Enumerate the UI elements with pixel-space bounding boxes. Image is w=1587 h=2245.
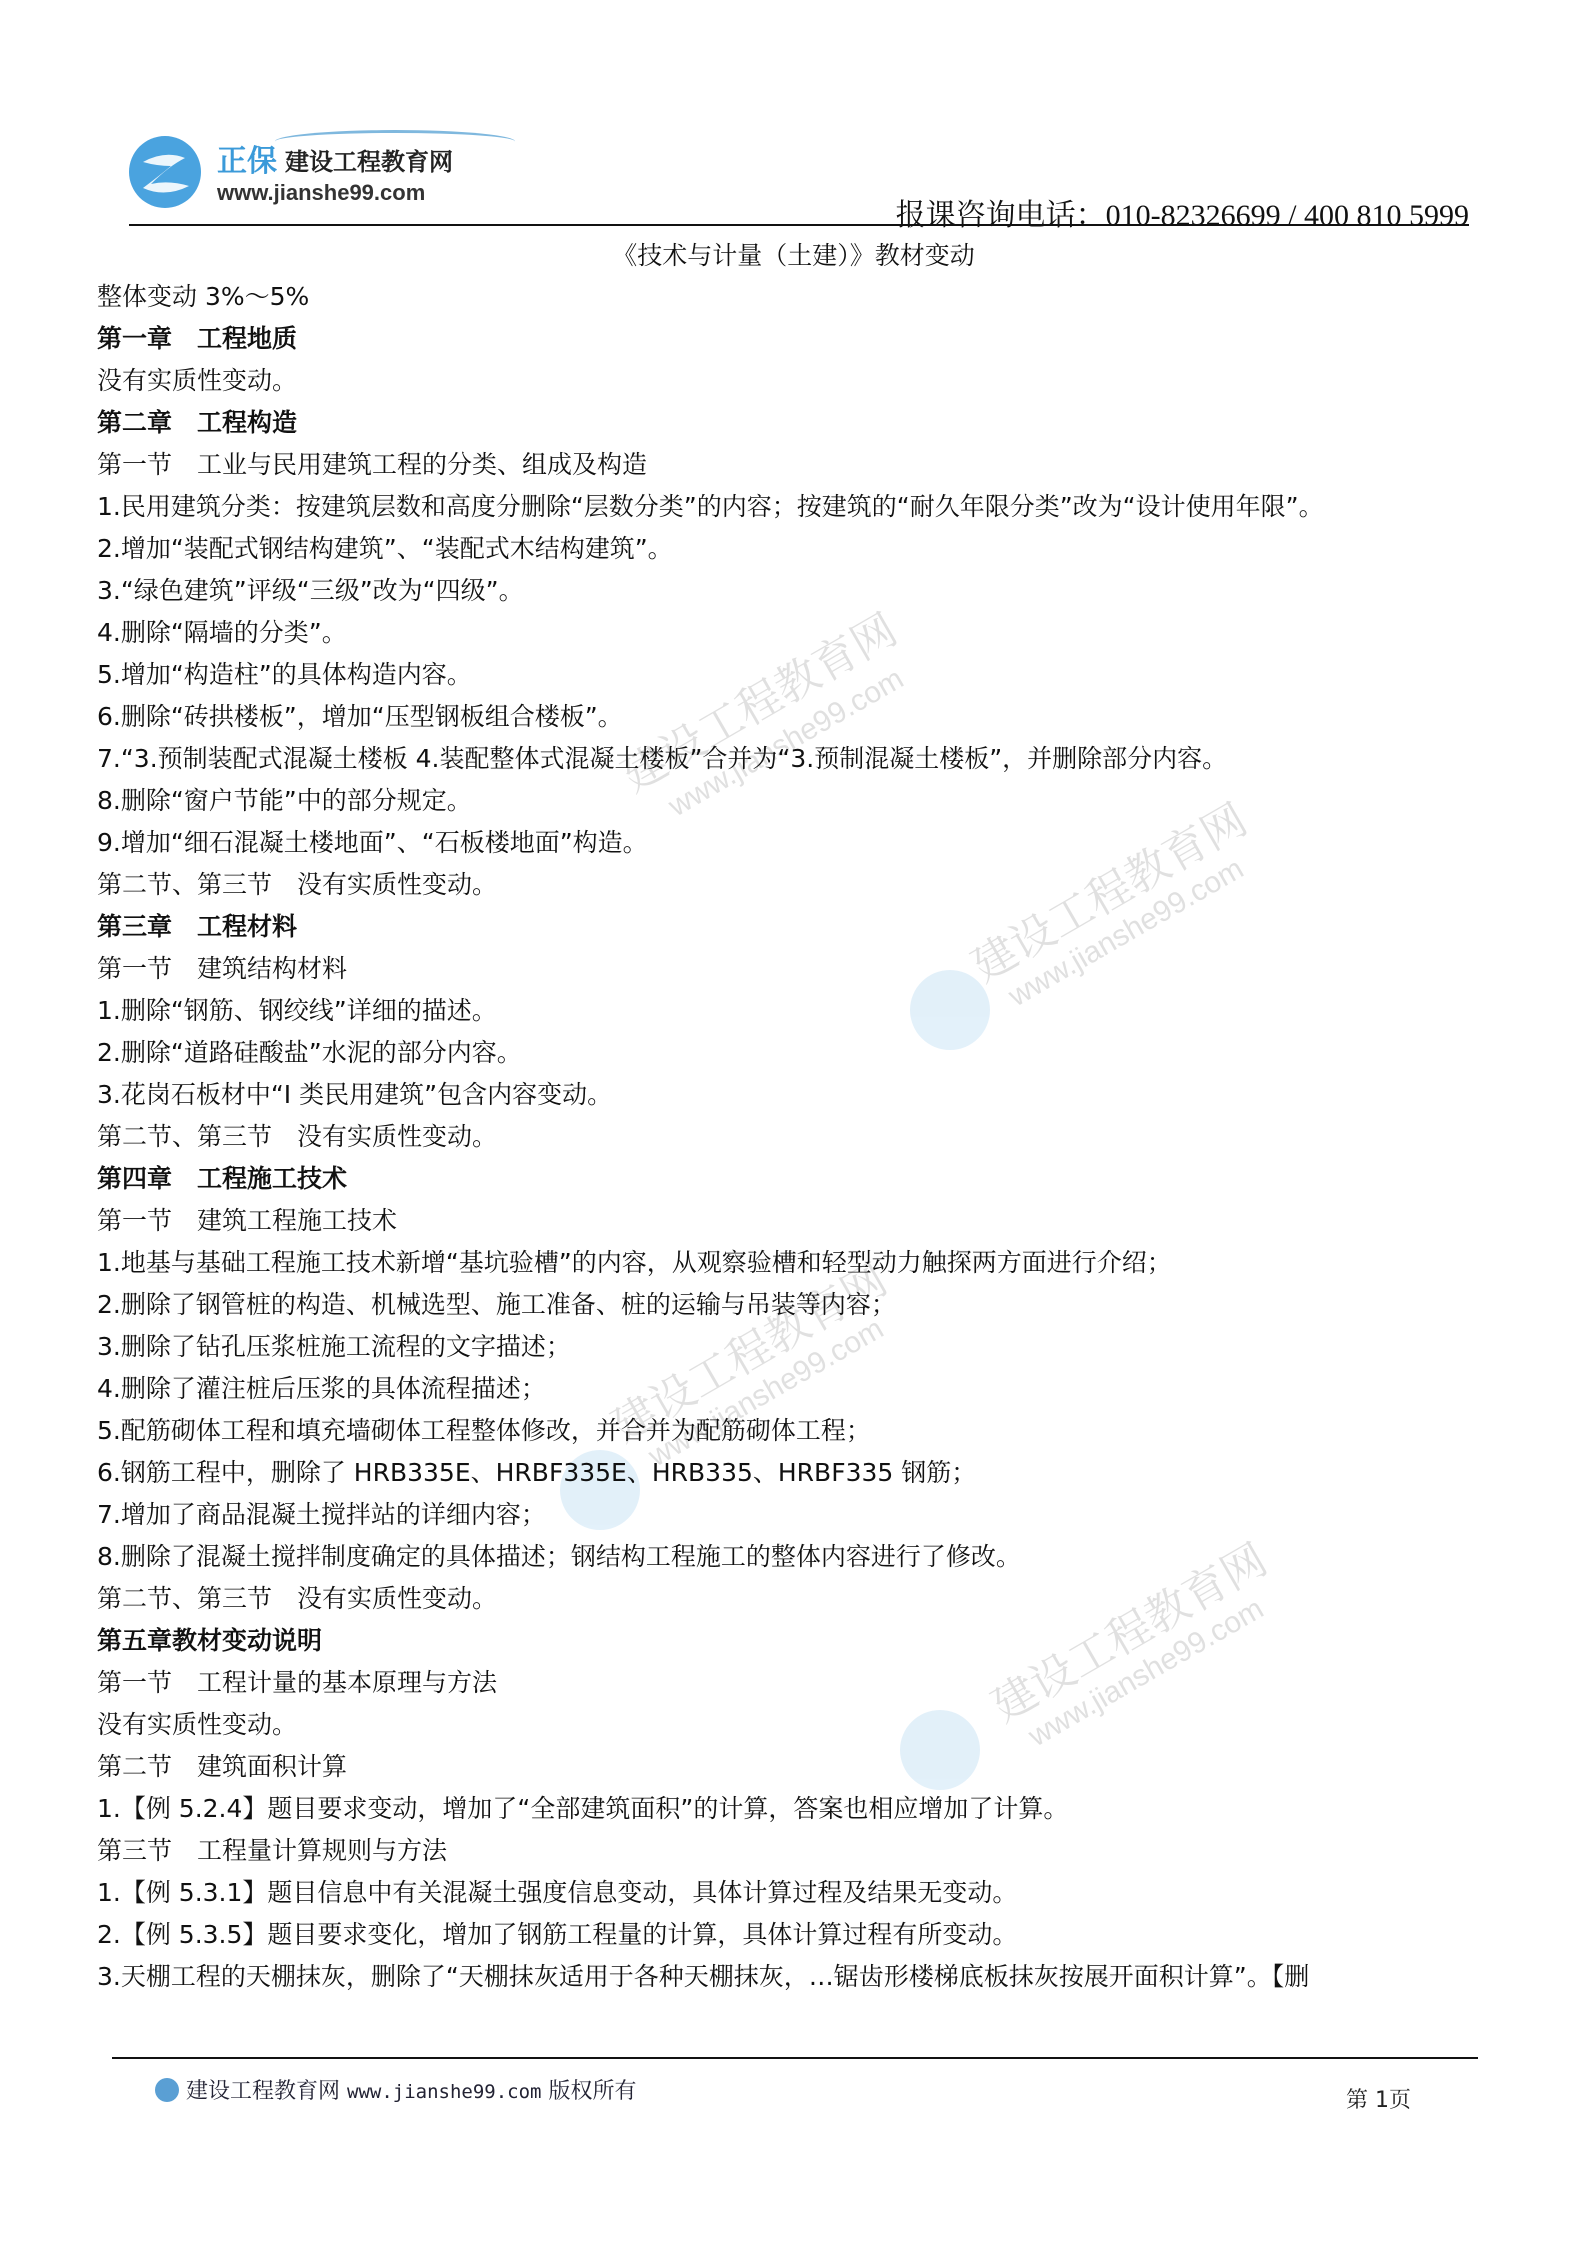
chapter-heading: 第四章 工程施工技术 — [97, 1158, 1517, 1200]
section-heading: 第一节 工程计量的基本原理与方法 — [97, 1662, 1517, 1704]
list-item: 4.删除“隔墙的分类”。 — [97, 612, 1517, 654]
list-item: 1.【例 5.3.1】题目信息中有关混凝土强度信息变动，具体计算过程及结果无变动… — [97, 1872, 1517, 1914]
list-item: 7.“3.预制装配式混凝土楼板 4.装配整体式混凝土楼板”合并为“3.预制混凝土… — [97, 738, 1517, 780]
footer-copyright: 建设工程教育网 www.jianshe99.com 版权所有 — [186, 2074, 637, 2105]
text-line: 没有实质性变动。 — [97, 360, 1517, 402]
list-item: 2.删除“道路硅酸盐”水泥的部分内容。 — [97, 1032, 1517, 1074]
list-item: 1.【例 5.2.4】题目要求变动，增加了“全部建筑面积”的计算，答案也相应增加… — [97, 1788, 1517, 1830]
list-item: 2.【例 5.3.5】题目要求变化，增加了钢筋工程量的计算，具体计算过程有所变动… — [97, 1914, 1517, 1956]
footer-url: www.jianshe99.com — [347, 2081, 541, 2103]
logo-z-glyph-icon — [129, 136, 201, 208]
logo-name: 建设工程教育网 — [285, 142, 453, 177]
list-item: 3.花岗石板材中“I 类民用建筑”包含内容变动。 — [97, 1074, 1517, 1116]
logo-brand: 正保 — [217, 136, 277, 180]
summary-line: 整体变动 3%～5% — [97, 276, 1517, 318]
list-item: 6.钢筋工程中，删除了 HRB335E、HRBF335E、HRB335、HRBF… — [97, 1452, 1517, 1494]
list-item: 3.“绿色建筑”评级“三级”改为“四级”。 — [97, 570, 1517, 612]
list-item: 3.天棚工程的天棚抹灰，删除了“天棚抹灰适用于各种天棚抹灰，…锯齿形楼梯底板抹灰… — [97, 1956, 1517, 1998]
consult-phone: 报课咨询电话：010-82326699 / 400 810 5999 — [896, 190, 1469, 234]
section-heading: 第一节 工业与民用建筑工程的分类、组成及构造 — [97, 444, 1517, 486]
chapter-heading: 第二章 工程构造 — [97, 402, 1517, 444]
document-body: 整体变动 3%～5% 第一章 工程地质 没有实质性变动。 第二章 工程构造 第一… — [97, 276, 1517, 1998]
footer-rights: 版权所有 — [548, 2079, 636, 2104]
chapter-heading: 第三章 工程材料 — [97, 906, 1517, 948]
list-item: 9.增加“细石混凝土楼地面”、“石板楼地面”构造。 — [97, 822, 1517, 864]
list-item: 5.配筋砌体工程和填充墙砌体工程整体修改，并合并为配筋砌体工程； — [97, 1410, 1517, 1452]
list-item: 1.删除“钢筋、钢绞线”详细的描述。 — [97, 990, 1517, 1032]
text-line: 没有实质性变动。 — [97, 1704, 1517, 1746]
section-heading: 第二节 建筑面积计算 — [97, 1746, 1517, 1788]
logo-url: www.jianshe99.com — [217, 180, 425, 206]
section-heading: 第二节、第三节 没有实质性变动。 — [97, 1116, 1517, 1158]
list-item: 3.删除了钻孔压浆桩施工流程的文字描述； — [97, 1326, 1517, 1368]
chapter-heading: 第一章 工程地质 — [97, 318, 1517, 360]
chapter-heading: 第五章教材变动说明 — [97, 1620, 1517, 1662]
footer-logo-icon — [155, 2078, 179, 2102]
list-item: 1.地基与基础工程施工技术新增“基坑验槽”的内容，从观察验槽和轻型动力触探两方面… — [97, 1242, 1517, 1284]
section-heading: 第二节、第三节 没有实质性变动。 — [97, 1578, 1517, 1620]
list-item: 4.删除了灌注桩后压浆的具体流程描述； — [97, 1368, 1517, 1410]
list-item: 2.增加“装配式钢结构建筑”、“装配式木结构建筑”。 — [97, 528, 1517, 570]
section-heading: 第三节 工程量计算规则与方法 — [97, 1830, 1517, 1872]
list-item: 8.删除了混凝土搅拌制度确定的具体描述；钢结构工程施工的整体内容进行了修改。 — [97, 1536, 1517, 1578]
list-item: 8.删除“窗户节能”中的部分规定。 — [97, 780, 1517, 822]
page-number: 第 1页 — [1346, 2083, 1411, 2114]
section-heading: 第一节 建筑结构材料 — [97, 948, 1517, 990]
list-item: 2.删除了钢管桩的构造、机械选型、施工准备、桩的运输与吊装等内容； — [97, 1284, 1517, 1326]
header-divider — [129, 224, 1469, 226]
list-item: 6.删除“砖拱楼板”，增加“压型钢板组合楼板”。 — [97, 696, 1517, 738]
list-item: 5.增加“构造柱”的具体构造内容。 — [97, 654, 1517, 696]
section-heading: 第二节、第三节 没有实质性变动。 — [97, 864, 1517, 906]
list-item: 7.增加了商品混凝土搅拌站的详细内容； — [97, 1494, 1517, 1536]
list-item: 1.民用建筑分类：按建筑层数和高度分删除“层数分类”的内容；按建筑的“耐久年限分… — [97, 486, 1517, 528]
footer-divider — [112, 2057, 1478, 2059]
site-logo: 正保 建设工程教育网 www.jianshe99.com — [125, 128, 485, 218]
document-title: 《技术与计量（土建）》教材变动 — [0, 236, 1587, 272]
footer-site-name: 建设工程教育网 — [186, 2079, 340, 2104]
section-heading: 第一节 建筑工程施工技术 — [97, 1200, 1517, 1242]
